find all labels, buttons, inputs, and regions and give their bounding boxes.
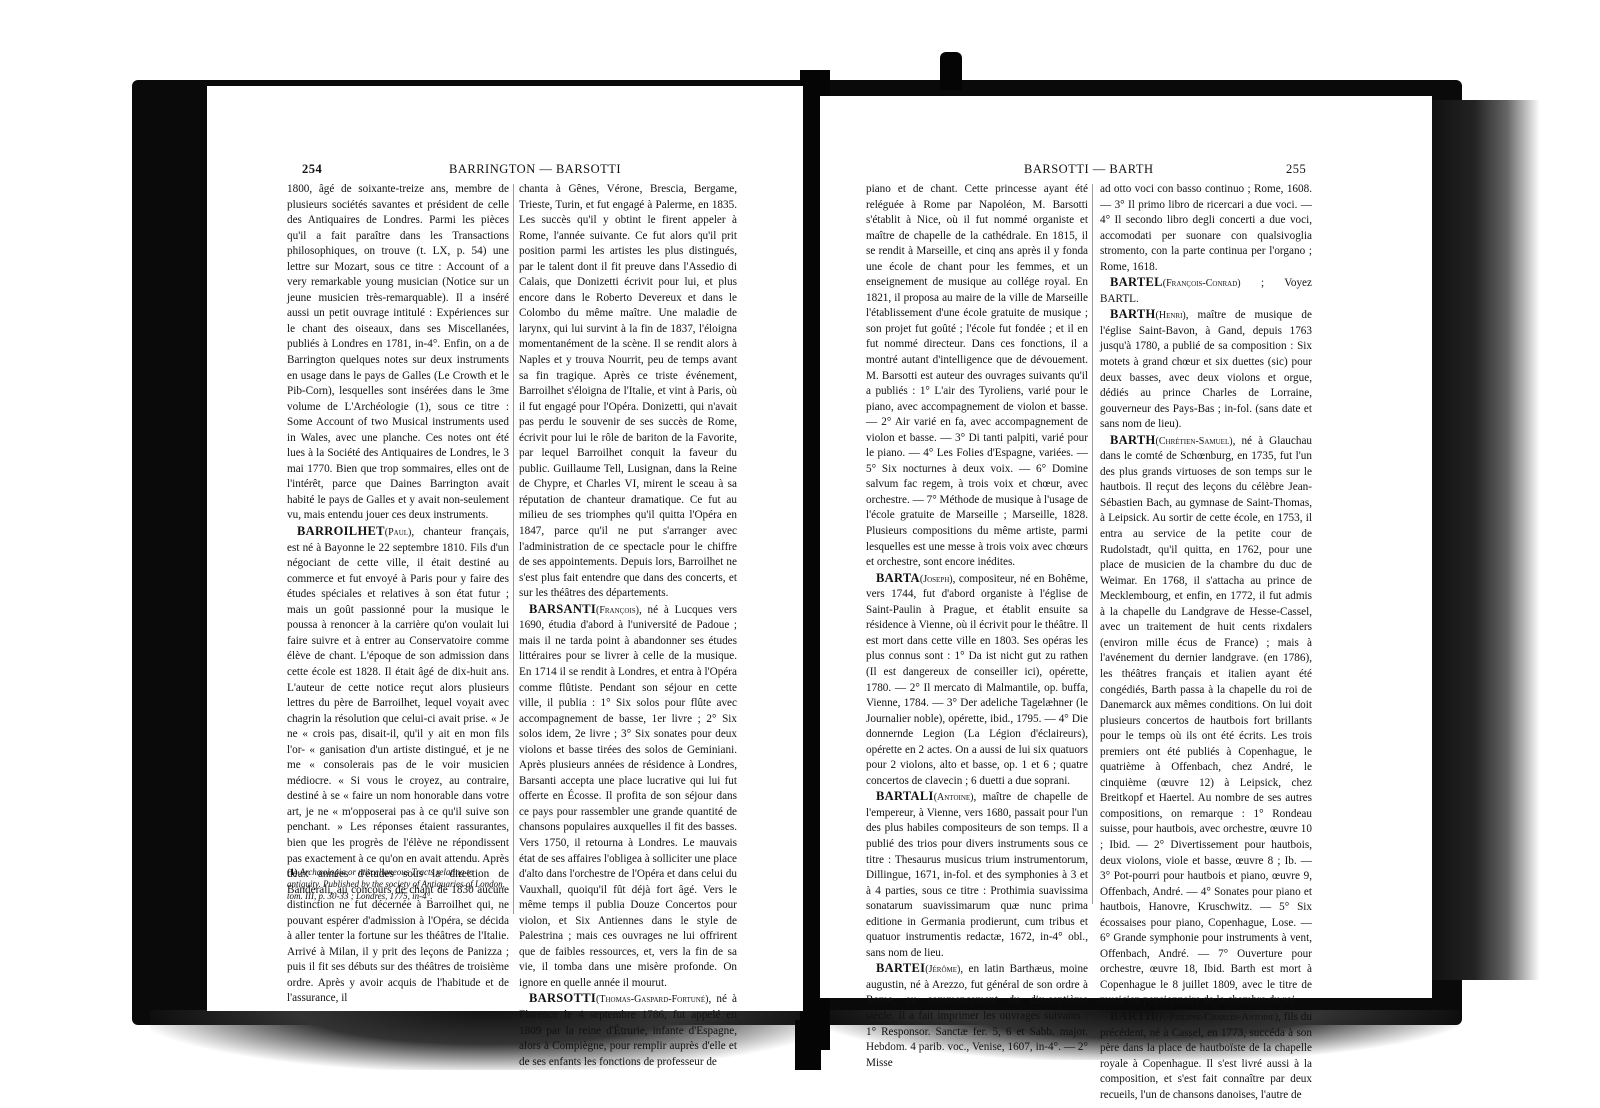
given-name: (Antoine)	[934, 792, 974, 803]
footnote-marker: (1)	[287, 867, 298, 877]
headword: BARROILHET	[297, 524, 385, 538]
footnote-text: Archæologia or miscellaneous Tracts rela…	[287, 867, 505, 901]
given-name: (Chrétien-Samuel)	[1156, 436, 1233, 447]
entry-text: , maître de musique de l'église Saint-Ba…	[1100, 309, 1312, 430]
headword: BARTALI	[876, 789, 934, 803]
entry-text: , né à Glauchau dans le comté de Schœnbu…	[1100, 435, 1312, 1007]
given-name: (François-Conrad)	[1163, 278, 1241, 289]
right-page: BARSOTTI — BARTH 255 piano et de chant. …	[820, 96, 1432, 998]
spine-mark	[795, 1020, 821, 1070]
column-divider	[1092, 184, 1093, 904]
entry-continuation: chanta à Gênes, Vérone, Brescia, Bergame…	[519, 182, 737, 602]
headword: BARTEL	[1110, 275, 1163, 289]
entry-text: , chanteur français, est né à Bayonne le…	[287, 526, 509, 1004]
entry-barsanti: BARSANTI(François), né à Lucques vers 16…	[519, 602, 737, 992]
scan-edge-shadow	[1430, 100, 1540, 980]
right-column-a: piano et de chant. Cette princesse ayant…	[866, 182, 1088, 1071]
given-name: (Joseph)	[920, 574, 953, 585]
entry-barth-henri: BARTH(Henri), maître de musique de l'égl…	[1100, 307, 1312, 432]
headword: BARTH	[1110, 307, 1156, 321]
entry-bartei: BARTEI(Jérôme), en latin Barthæus, moine…	[866, 961, 1088, 1071]
left-column-b: chanta à Gênes, Vérone, Brescia, Bergame…	[519, 182, 737, 1070]
given-name: (Henri)	[1156, 310, 1186, 321]
given-name: (Thomas-Gaspard-Fortuné)	[596, 994, 708, 1005]
column-divider	[513, 184, 514, 914]
entry-barsotti: BARSOTTI(Thomas-Gaspard-Fortuné), né à F…	[519, 991, 737, 1070]
running-head: BARSOTTI — BARTH	[1024, 162, 1153, 177]
headword: BARTH	[1110, 433, 1156, 447]
entry-bartali: BARTALI(Antoine), maître de chapelle de …	[866, 789, 1088, 961]
left-page: 254 BARRINGTON — BARSOTTI 1800, âgé de s…	[207, 86, 803, 1011]
entry-continuation: 1800, âgé de soixante-treize ans, membre…	[287, 182, 509, 524]
entry-text: , compositeur, né en Bohême, vers 1744, …	[866, 573, 1088, 787]
headword: BARSOTTI	[529, 991, 596, 1005]
given-name: (Jérôme)	[925, 964, 960, 975]
entry-barroilhet: BARROILHET(Paul), chanteur français, est…	[287, 524, 509, 1007]
given-name: (F.-Philippe-Charles-Antoine)	[1156, 1012, 1279, 1023]
entry-continuation: ad otto voci con basso continuo ; Rome, …	[1100, 182, 1312, 275]
headword: BARTA	[876, 571, 920, 585]
entry-bartel: BARTEL(François-Conrad) ; Voyez BARTL.	[1100, 275, 1312, 307]
entry-text: , maître de chapelle de l'empereur, à Vi…	[866, 791, 1088, 958]
given-name: (François)	[596, 605, 639, 616]
footnote: (1) Archæologia or miscellaneous Tracts …	[287, 866, 509, 902]
page-tab-mark	[940, 52, 962, 90]
right-column-b: ad otto voci con basso continuo ; Rome, …	[1100, 182, 1312, 1103]
entry-barth-chretien: BARTH(Chrétien-Samuel), né à Glauchau da…	[1100, 433, 1312, 1009]
entry-text: , né à Lucques vers 1690, étudia d'abord…	[519, 604, 737, 989]
headword: BARSANTI	[529, 602, 596, 616]
headword: BARTH	[1110, 1009, 1156, 1023]
given-name: (Paul)	[385, 527, 412, 538]
entry-text: , fils du précédent, né à Cassel, en 177…	[1100, 1011, 1312, 1101]
running-head: BARRINGTON — BARSOTTI	[449, 162, 621, 177]
headword: BARTEI	[876, 961, 925, 975]
page-number: 254	[302, 162, 322, 177]
entry-continuation: piano et de chant. Cette princesse ayant…	[866, 182, 1088, 571]
page-number: 255	[1286, 162, 1306, 177]
entry-barta: BARTA(Joseph), compositeur, né en Bohême…	[866, 571, 1088, 790]
entry-barth-philippe: BARTH(F.-Philippe-Charles-Antoine), fils…	[1100, 1009, 1312, 1103]
entry-text: , en latin Barthæus, moine augustin, né …	[866, 963, 1088, 1068]
